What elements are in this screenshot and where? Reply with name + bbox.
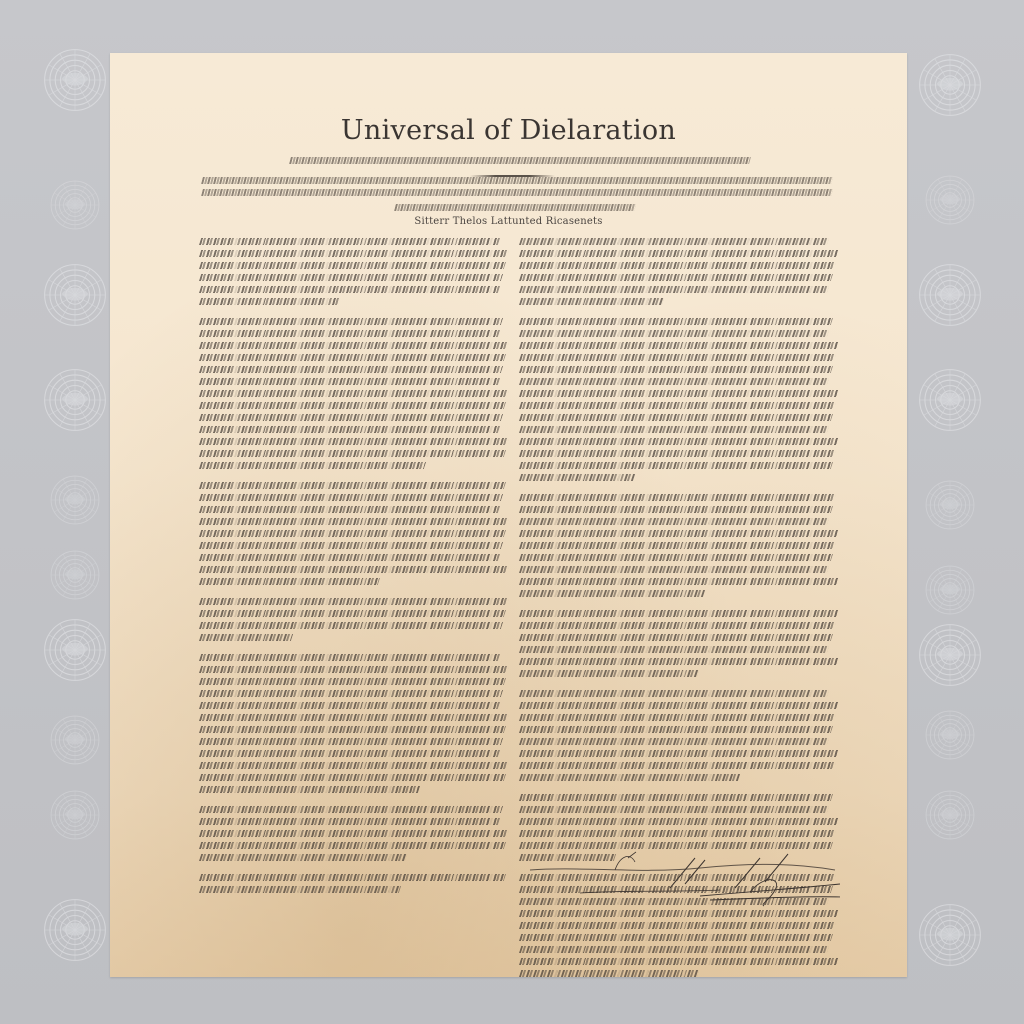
text-line	[519, 566, 830, 573]
text-line	[199, 566, 509, 573]
text-line	[519, 634, 833, 641]
text-line	[199, 378, 500, 385]
text-line	[519, 238, 830, 245]
text-line	[199, 390, 509, 397]
un-emblem-icon	[924, 789, 976, 841]
text-line	[519, 610, 839, 617]
un-emblem-icon	[42, 897, 108, 963]
text-line	[199, 426, 500, 433]
text-line	[199, 726, 506, 733]
text-line	[199, 654, 500, 661]
text-line	[199, 414, 503, 421]
text-line	[199, 554, 500, 561]
text-line	[199, 482, 506, 489]
un-emblem-icon	[49, 714, 101, 766]
text-line	[519, 390, 839, 397]
text-line	[199, 286, 500, 293]
text-line	[199, 494, 503, 501]
text-line	[199, 298, 340, 305]
paragraph-gap	[520, 682, 838, 690]
text-line	[519, 726, 833, 733]
text-line	[519, 578, 839, 585]
text-line	[199, 598, 509, 605]
text-line	[519, 910, 839, 917]
un-emblem-icon	[49, 474, 101, 526]
text-line	[519, 426, 830, 433]
un-emblem-icon	[42, 617, 108, 683]
text-line	[199, 690, 503, 697]
text-line	[519, 330, 830, 337]
text-line	[519, 958, 839, 965]
text-line	[519, 506, 833, 513]
text-line	[519, 806, 830, 813]
text-line	[519, 658, 839, 665]
text-line	[199, 250, 509, 257]
text-line	[199, 342, 509, 349]
text-line	[199, 762, 509, 769]
un-emblem-icon	[924, 479, 976, 531]
intro-line	[201, 177, 833, 184]
text-line	[199, 366, 503, 373]
text-line	[519, 934, 833, 941]
text-line	[199, 818, 500, 825]
text-line	[519, 554, 833, 561]
text-line	[199, 262, 506, 269]
text-line	[199, 578, 380, 585]
text-line	[519, 366, 833, 373]
paragraph-gap	[200, 590, 508, 598]
text-line	[519, 438, 839, 445]
text-line	[199, 506, 500, 513]
text-line	[519, 690, 830, 697]
text-line	[199, 666, 509, 673]
text-line	[199, 774, 506, 781]
text-line	[519, 590, 706, 597]
un-emblem-icon	[917, 262, 983, 328]
text-line	[519, 922, 836, 929]
text-line	[199, 806, 503, 813]
text-line	[519, 714, 836, 721]
left-text-column	[200, 238, 508, 906]
paragraph-gap	[200, 866, 508, 874]
signature-icon	[520, 848, 840, 908]
text-line	[199, 678, 506, 685]
text-line	[199, 738, 503, 745]
intro-line	[201, 189, 833, 196]
text-line	[519, 402, 836, 409]
un-emblem-icon	[917, 367, 983, 433]
text-line	[519, 818, 839, 825]
un-emblem-icon	[42, 262, 108, 328]
text-line	[519, 414, 833, 421]
text-line	[199, 830, 509, 837]
un-emblem-icon	[917, 52, 983, 118]
un-emblem-icon	[42, 367, 108, 433]
un-emblem-icon	[924, 174, 976, 226]
text-line	[519, 298, 664, 305]
text-line	[519, 262, 836, 269]
text-line	[519, 738, 830, 745]
text-line	[199, 702, 500, 709]
un-emblem-icon	[49, 789, 101, 841]
document-title: Universal of Dielaration	[110, 115, 907, 146]
un-emblem-icon	[49, 179, 101, 231]
paragraph-gap	[520, 310, 838, 318]
text-line	[519, 646, 830, 653]
paragraph-gap	[520, 982, 838, 990]
text-line	[199, 634, 294, 641]
intro-line	[289, 157, 751, 164]
document-paper: Universal of Dielaration Sitterr Thelos …	[110, 53, 907, 977]
paragraph-gap	[200, 310, 508, 318]
text-line	[199, 874, 506, 881]
text-line	[199, 450, 506, 457]
text-line	[199, 542, 503, 549]
text-line	[519, 530, 839, 537]
text-line	[519, 274, 833, 281]
text-line	[519, 542, 836, 549]
document-subheading: Sitterr Thelos Lattunted Ricasenets	[110, 216, 907, 227]
text-line	[519, 378, 830, 385]
text-line	[199, 238, 500, 245]
text-line	[519, 318, 833, 325]
text-line	[519, 474, 636, 481]
paragraph-gap	[200, 474, 508, 482]
text-line	[199, 462, 426, 469]
text-line	[519, 518, 830, 525]
text-line	[199, 714, 509, 721]
text-line	[199, 530, 506, 537]
text-line	[519, 774, 741, 781]
text-line	[519, 494, 836, 501]
text-line	[199, 330, 500, 337]
text-line	[519, 750, 839, 757]
un-emblem-icon	[924, 564, 976, 616]
text-line	[519, 946, 830, 953]
text-line	[199, 318, 503, 325]
text-line	[519, 354, 836, 361]
paragraph-gap	[520, 786, 838, 794]
text-line	[519, 342, 839, 349]
text-line	[199, 518, 509, 525]
text-line	[519, 622, 836, 629]
text-line	[519, 794, 833, 801]
text-line	[199, 750, 500, 757]
paragraph-gap	[520, 486, 838, 494]
text-line	[519, 462, 833, 469]
text-line	[519, 970, 699, 977]
text-line	[199, 274, 503, 281]
text-line	[199, 354, 506, 361]
paragraph-gap	[200, 898, 508, 906]
text-line	[519, 830, 836, 837]
un-emblem-icon	[924, 709, 976, 761]
text-line	[519, 762, 836, 769]
text-line	[199, 438, 509, 445]
un-emblem-icon	[49, 549, 101, 601]
intro-line	[394, 204, 636, 211]
text-line	[519, 670, 699, 677]
text-line	[199, 854, 408, 861]
text-line	[199, 842, 506, 849]
paragraph-gap	[520, 602, 838, 610]
text-line	[199, 402, 506, 409]
text-line	[199, 622, 503, 629]
text-line	[199, 886, 401, 893]
text-line	[199, 610, 506, 617]
un-emblem-icon	[917, 622, 983, 688]
text-line	[519, 702, 839, 709]
text-line	[519, 250, 839, 257]
un-emblem-icon	[42, 47, 108, 113]
paragraph-gap	[200, 798, 508, 806]
text-line	[519, 450, 836, 457]
text-line	[519, 286, 830, 293]
paragraph-gap	[200, 646, 508, 654]
un-emblem-icon	[917, 902, 983, 968]
text-line	[199, 786, 420, 793]
